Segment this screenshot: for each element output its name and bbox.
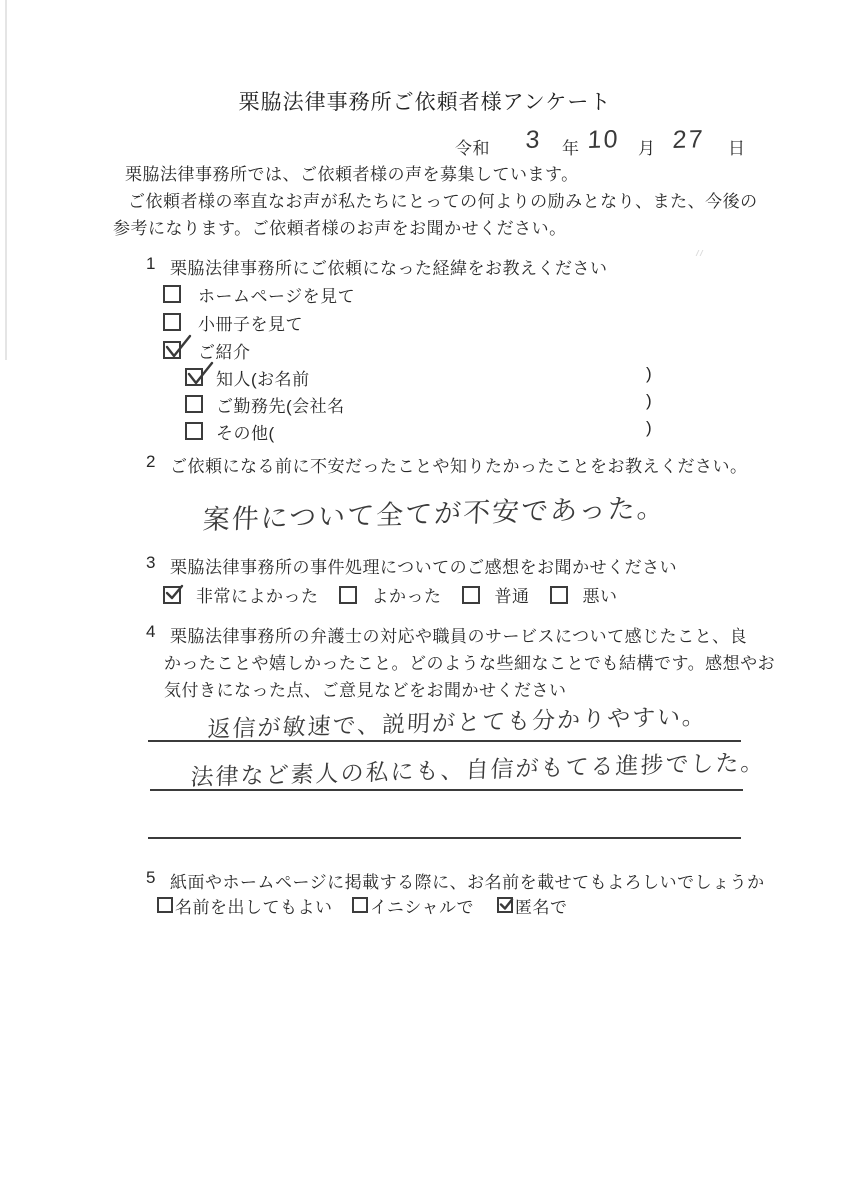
- checkmark-icon: [164, 583, 185, 603]
- q5-option-initials: イニシャルで: [352, 895, 474, 915]
- q5-option-real-name: 名前を出してもよい: [157, 895, 333, 915]
- checkbox: [462, 586, 480, 604]
- question-number: 3: [146, 553, 170, 573]
- option-label: 小冊子を見て: [198, 310, 303, 335]
- question-text-line: 気付きになった点、ご意見などをお聞かせください: [164, 676, 567, 701]
- option-label: ご紹介: [198, 338, 251, 363]
- checkmark-icon: [499, 897, 514, 912]
- paren-close: ): [646, 364, 652, 384]
- question-number: 1: [146, 254, 170, 274]
- option-label: 非常によかった: [196, 582, 319, 607]
- intro-line: 参考になります。ご依頼者様のお声をお聞かせください。: [113, 214, 567, 239]
- checkmark-icon: [185, 360, 215, 388]
- handwritten-answer-q2: 案件について全てが不安であった。: [202, 486, 667, 537]
- q1-option-booklet: 小冊子を見て: [163, 312, 303, 332]
- option-label: 名前を出してもよい: [175, 893, 333, 918]
- q3-options-row: 非常によかった よかった 普通 悪い: [163, 582, 618, 607]
- q1-option-workplace: ご勤務先(会社名: [185, 394, 345, 414]
- option-label: 知人(お名前: [216, 365, 310, 390]
- option-label: 匿名で: [515, 893, 568, 918]
- question-number: 4: [146, 622, 170, 642]
- date-day-handwritten: 27: [672, 125, 705, 155]
- page-title: 栗脇法律事務所ご依頼者様アンケート: [0, 86, 850, 116]
- q5-option-anonymous: 匿名で: [497, 895, 568, 915]
- question-3-heading: 3 栗脇法律事務所の事件処理についてのご感想をお聞かせください: [146, 553, 677, 578]
- q1-option-referral: ご紹介: [163, 340, 251, 360]
- checkbox: [352, 897, 368, 913]
- date-month-handwritten: 10: [587, 125, 620, 155]
- checkbox: [550, 586, 568, 604]
- question-text-line: 栗脇法律事務所の弁護士の対応や職員のサービスについて感じたこと、良: [170, 622, 747, 647]
- checkbox: [163, 285, 181, 303]
- intro-line: 栗脇法律事務所では、ご依頼者様の声を募集しています。: [125, 160, 579, 185]
- checkbox: [157, 897, 173, 913]
- checkbox: [185, 422, 203, 440]
- scan-artifact: [5, 0, 7, 360]
- option-label: ご勤務先(会社名: [216, 392, 345, 417]
- question-text: 栗脇法律事務所にご依頼になった経緯をお教えください: [170, 254, 608, 279]
- date-era-label: 令和: [455, 134, 490, 159]
- option-label: 普通: [495, 582, 530, 607]
- q1-option-acquaintance: 知人(お名前: [185, 367, 310, 387]
- paren-close: ): [646, 391, 652, 411]
- question-1-heading: 1 栗脇法律事務所にご依頼になった経緯をお教えください: [146, 254, 608, 279]
- checkbox: [163, 313, 181, 331]
- intro-line: ご依頼者様の率直なお声が私たちにとっての何よりの励みとなり、また、今後の: [128, 187, 758, 212]
- question-number: 5: [146, 868, 170, 888]
- q1-option-homepage: ホームページを見て: [163, 284, 355, 304]
- question-5-heading: 5 紙面やホームページに掲載する際に、お名前を載せてもよろしいでしょうか: [146, 868, 765, 893]
- scan-artifact: [697, 250, 704, 256]
- answer-line: [150, 789, 743, 791]
- answer-line: [148, 837, 741, 839]
- scanned-survey-page: 栗脇法律事務所ご依頼者様アンケート 令和 3 年 10 月 27 日 栗脇法律事…: [0, 0, 850, 1202]
- date-year-handwritten: 3: [525, 126, 542, 155]
- checkbox: [185, 368, 203, 386]
- question-text: 栗脇法律事務所の事件処理についてのご感想をお聞かせください: [170, 553, 677, 578]
- checkmark-icon: [163, 333, 193, 361]
- q1-option-other: その他(: [185, 421, 275, 441]
- question-text: 紙面やホームページに掲載する際に、お名前を載せてもよろしいでしょうか: [170, 868, 765, 893]
- checkbox: [497, 897, 513, 913]
- question-number: 2: [146, 452, 170, 472]
- handwritten-answer-q4-line1: 返信が敏速で、説明がとても分かりやすい。: [207, 698, 708, 744]
- answer-line: [148, 740, 741, 742]
- checkbox: [339, 586, 357, 604]
- date-line: 令和 3 年 10 月 27 日: [440, 124, 770, 164]
- option-label: ホームページを見て: [198, 282, 355, 307]
- question-2-heading: 2 ご依頼になる前に不安だったことや知りたかったことをお教えください。: [146, 452, 748, 477]
- checkbox: [185, 395, 203, 413]
- date-month-unit: 月: [638, 134, 656, 159]
- option-label: よかった: [372, 582, 442, 607]
- handwritten-answer-q4-line2: 法律など素人の私にも、自信がもてる進捗でした。: [190, 744, 766, 792]
- option-label: 悪い: [583, 582, 618, 607]
- question-4-heading: 4 栗脇法律事務所の弁護士の対応や職員のサービスについて感じたこと、良: [146, 622, 747, 647]
- option-label: その他(: [216, 419, 275, 444]
- checkbox: [163, 341, 181, 359]
- date-year-unit: 年: [562, 134, 580, 159]
- paren-close: ): [646, 418, 652, 438]
- date-day-unit: 日: [728, 134, 746, 159]
- question-text-line: かったことや嬉しかったこと。どのような些細なことでも結構です。感想やお: [164, 649, 775, 674]
- question-text: ご依頼になる前に不安だったことや知りたかったことをお教えください。: [170, 452, 748, 477]
- option-label: イニシャルで: [370, 893, 474, 918]
- checkbox: [163, 586, 181, 604]
